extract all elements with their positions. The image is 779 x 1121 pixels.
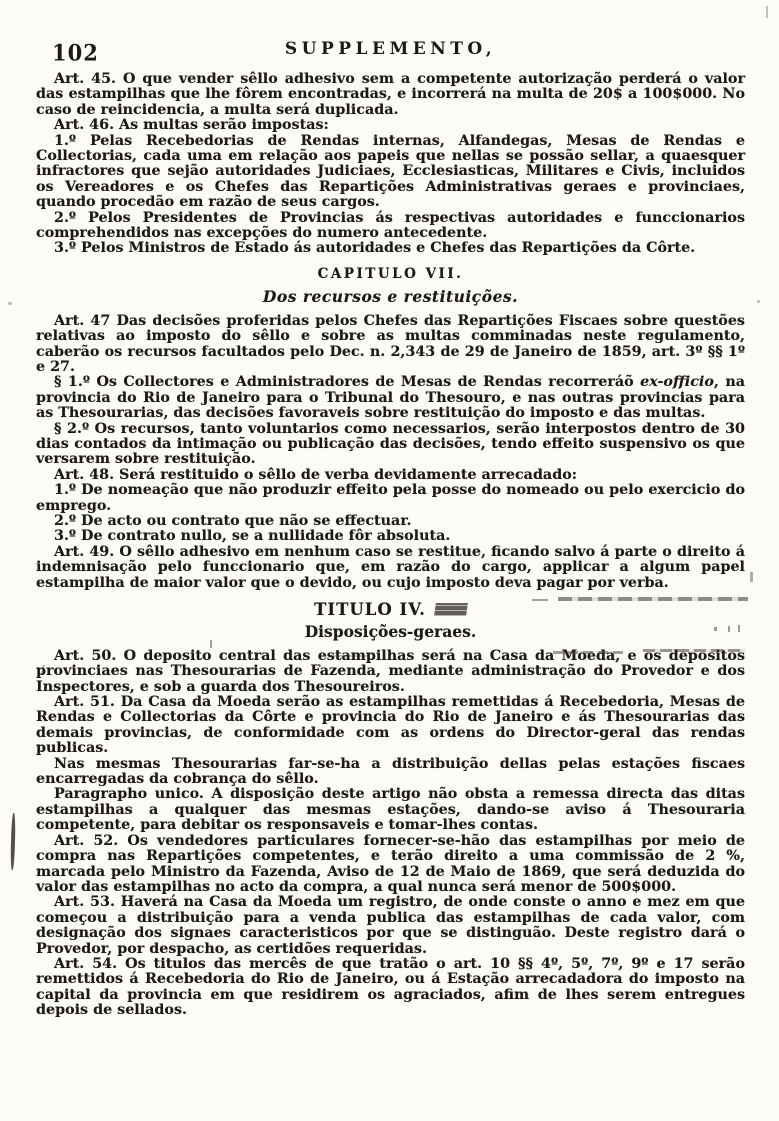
art-47-par-1-latin-term: ex-officio xyxy=(640,374,714,390)
ink-speck xyxy=(757,300,760,303)
journal-title: SUPPLEMENTO, xyxy=(36,36,745,59)
art-46-item-2: 2.º Pelos Presidentes de Provincias ás r… xyxy=(36,211,745,242)
art-51-paragrapho-unico: Paragrapho unico. A disposição deste art… xyxy=(36,787,745,833)
art-46-paragraph: Art. 46. As multas serão impostas: xyxy=(36,118,745,133)
art-47-par-2: § 2.º Os recursos, tanto voluntarios com… xyxy=(36,422,745,468)
art-48-paragraph: Art. 48. Será restituido o sêllo de verb… xyxy=(36,468,745,483)
art-50-paragraph: Art. 50. O deposito central das estampil… xyxy=(36,649,745,695)
art-54-paragraph: Art. 54. Os titulos das mercês de que tr… xyxy=(36,957,745,1019)
art-48-item-1: 1.º De nomeação que não produzir effeito… xyxy=(36,483,745,514)
art-51-par-1: Nas mesmas Thesourarias far-se-ha a dist… xyxy=(36,757,745,788)
page-masthead: 102 SUPPLEMENTO, xyxy=(36,36,745,66)
art-51-paragraph: Art. 51. Da Casa da Moeda serão as estam… xyxy=(36,695,745,757)
art-47-paragraph: Art. 47 Das decisões proferidas pelos Ch… xyxy=(36,314,745,376)
chapter-7-heading: CAPITULO VII. xyxy=(36,267,745,282)
art-52-paragraph: Art. 52. Os vendedores particulares forn… xyxy=(36,834,745,896)
chapter-7-subtitle: Dos recursos e restituições. xyxy=(36,289,745,304)
text-column: Art. 45. O que vender sêllo adhesivo sem… xyxy=(36,72,745,1019)
ink-speck xyxy=(8,302,12,305)
art-53-paragraph: Art. 53. Haverá na Casa da Moeda um regi… xyxy=(36,895,745,957)
titulo-4-heading-text: TITULO IV. xyxy=(314,600,426,619)
art-49-paragraph: Art. 49. O sêllo adhesivo em nenhum caso… xyxy=(36,545,745,591)
page-number: 102 xyxy=(52,39,99,65)
art-46-item-3: 3.º Pelos Ministros de Estado ás autorid… xyxy=(36,241,745,256)
art-47-par-1: § 1.º Os Collectores e Administradores d… xyxy=(36,375,745,421)
ink-blot xyxy=(434,603,468,616)
scanned-document-page: 102 SUPPLEMENTO, Art. 45. O que vender s… xyxy=(0,0,779,1121)
art-45-paragraph: Art. 45. O que vender sêllo adhesivo sem… xyxy=(36,72,745,118)
art-48-item-3: 3.º De contrato nullo, se a nullidade fô… xyxy=(36,529,745,544)
ink-tick xyxy=(750,572,753,582)
titulo-4-heading: TITULO IV. xyxy=(36,602,745,617)
art-46-item-1: 1.º Pelas Recebedorias de Rendas interna… xyxy=(36,134,745,211)
ink-tick xyxy=(766,6,768,18)
margin-ink-stroke xyxy=(10,813,15,870)
disposicoes-geraes-heading: Disposições-geraes. xyxy=(36,624,745,639)
art-47-par-1-pre: § 1.º Os Collectores e Administradores d… xyxy=(54,374,640,390)
